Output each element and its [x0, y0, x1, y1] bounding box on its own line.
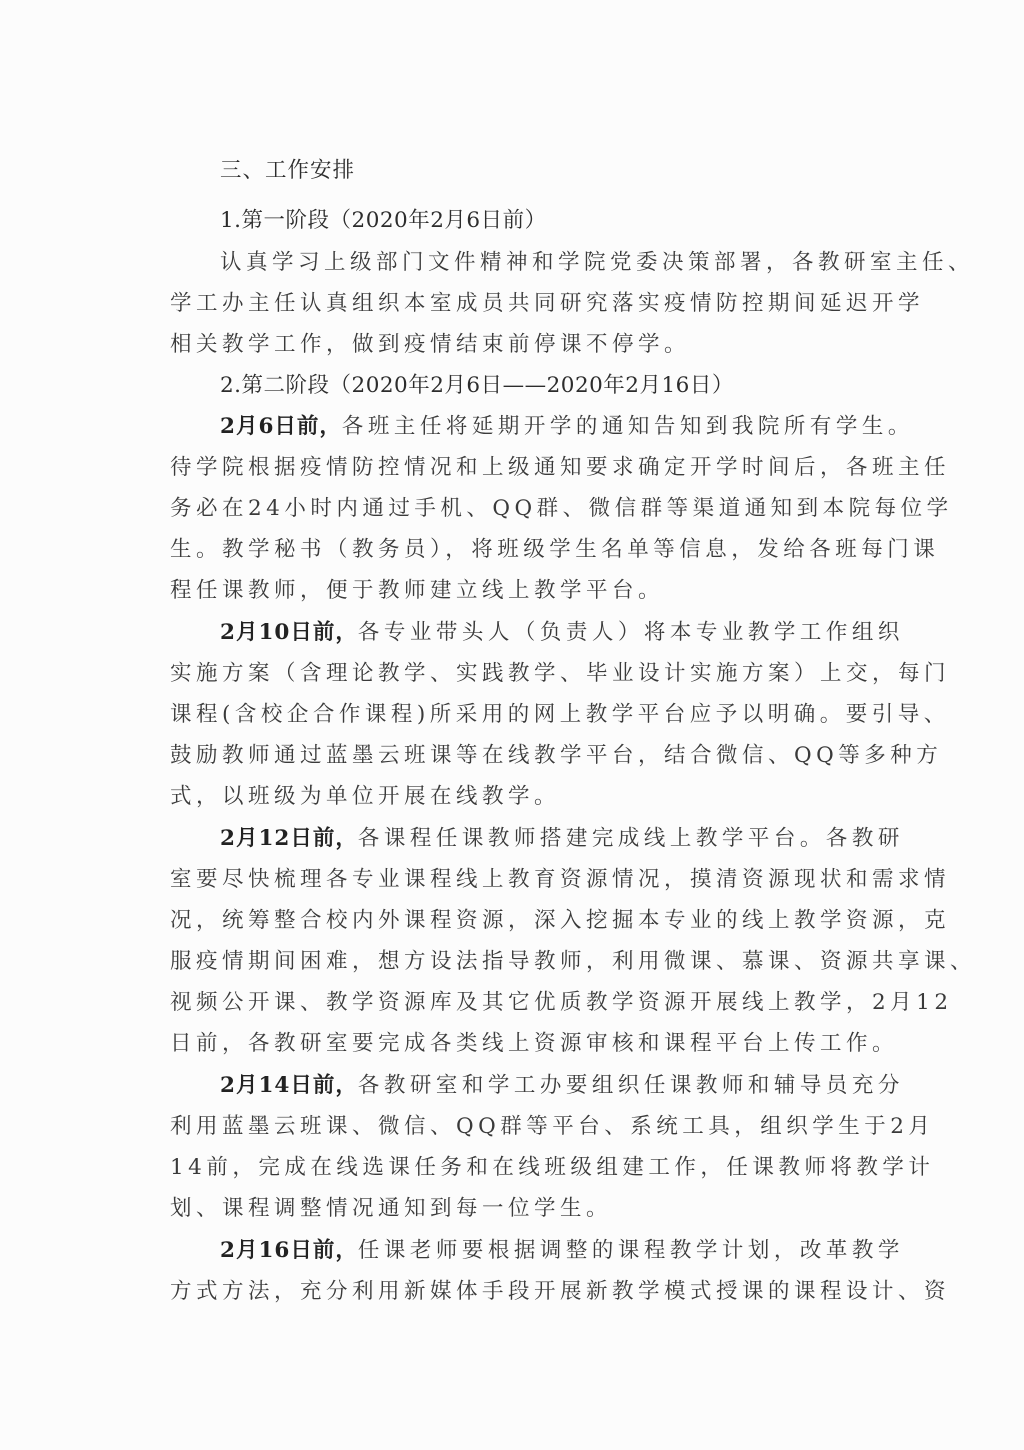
phase1-line: 相关教学工作，做到疫情结束前停课不停学。 — [170, 330, 690, 360]
date-lead: 2月6日前， — [220, 414, 342, 439]
phase2-title: 2.第二阶段（2020年2月6日——2020年2月16日） — [220, 371, 734, 401]
date-lead: 2月14日前， — [220, 1073, 358, 1098]
paragraph-line: 实施方案（含理论教学、实践教学、毕业设计实施方案）上交，每门 — [170, 659, 950, 689]
paragraph-line: 利用蓝墨云班课、微信、QQ群等平台、系统工具，组织学生于2月 — [170, 1112, 934, 1142]
paragraph-line: 日前，各教研室要完成各类线上资源审核和课程平台上传工作。 — [170, 1029, 898, 1059]
paragraph-line: 划、课程调整情况通知到每一位学生。 — [170, 1194, 612, 1224]
paragraph-line: 室要尽快梳理各专业课程线上教育资源情况，摸清资源现状和需求情 — [170, 865, 950, 895]
paragraph-text: 各班主任将延期开学的通知告知到我院所有学生。 — [342, 414, 914, 439]
paragraph-text: 各教研室和学工办要组织任课教师和辅导员充分 — [358, 1073, 904, 1098]
paragraph-line: 务必在24小时内通过手机、QQ群、微信群等渠道通知到本院每位学 — [170, 494, 953, 524]
paragraph-first-line: 2月16日前，任课老师要根据调整的课程教学计划，改革教学 — [220, 1236, 904, 1266]
paragraph-line: 况，统筹整合校内外课程资源，深入挖掘本专业的线上教学资源，克 — [170, 906, 950, 936]
paragraph-line: 14前，完成在线选课任务和在线班级组建工作，任课教师将教学计 — [170, 1153, 934, 1183]
paragraph-line: 鼓励教师通过蓝墨云班课等在线教学平台，结合微信、QQ等多种方 — [170, 741, 942, 771]
paragraph-first-line: 2月12日前，各课程任课教师搭建完成线上教学平台。各教研 — [220, 824, 904, 854]
phase1-line: 认真学习上级部门文件精神和学院党委决策部署，各教研室主任、 — [220, 248, 974, 278]
paragraph-line: 课程(含校企合作课程)所采用的网上教学平台应予以明确。要引导、 — [170, 700, 950, 730]
document-page: 三、工作安排 1.第一阶段（2020年2月6日前） 认真学习上级部门文件精神和学… — [0, 0, 1024, 1450]
paragraph-line: 生。教学秘书（教务员），将班级学生名单等信息，发给各班每门课 — [170, 535, 939, 565]
date-lead: 2月16日前， — [220, 1238, 358, 1263]
section-title: 三、工作安排 — [220, 156, 355, 186]
paragraph-text: 任课老师要根据调整的课程教学计划，改革教学 — [358, 1238, 904, 1263]
phase1-line: 学工办主任认真组织本室成员共同研究落实疫情防控期间延迟开学 — [170, 289, 924, 319]
phase1-title: 1.第一阶段（2020年2月6日前） — [220, 206, 547, 236]
date-lead: 2月12日前， — [220, 826, 358, 851]
paragraph-line: 程任课教师，便于教师建立线上教学平台。 — [170, 576, 664, 606]
paragraph-text: 各课程任课教师搭建完成线上教学平台。各教研 — [358, 826, 904, 851]
paragraph-line: 式，以班级为单位开展在线教学。 — [170, 782, 560, 812]
date-lead: 2月10日前， — [220, 620, 358, 645]
paragraph-text: 各专业带头人（负责人）将本专业教学工作组织 — [358, 620, 904, 645]
paragraph-line: 待学院根据疫情防控情况和上级通知要求确定开学时间后，各班主任 — [170, 453, 950, 483]
paragraph-line: 服疫情期间困难，想方设法指导教师，利用微课、慕课、资源共享课、 — [170, 947, 976, 977]
paragraph-first-line: 2月14日前，各教研室和学工办要组织任课教师和辅导员充分 — [220, 1071, 904, 1101]
paragraph-line: 视频公开课、教学资源库及其它优质教学资源开展线上教学，2月12 — [170, 988, 953, 1018]
paragraph-first-line: 2月10日前，各专业带头人（负责人）将本专业教学工作组织 — [220, 618, 904, 648]
paragraph-line: 方式方法，充分利用新媒体手段开展新教学模式授课的课程设计、资 — [170, 1277, 950, 1307]
paragraph-first-line: 2月6日前，各班主任将延期开学的通知告知到我院所有学生。 — [220, 412, 914, 442]
